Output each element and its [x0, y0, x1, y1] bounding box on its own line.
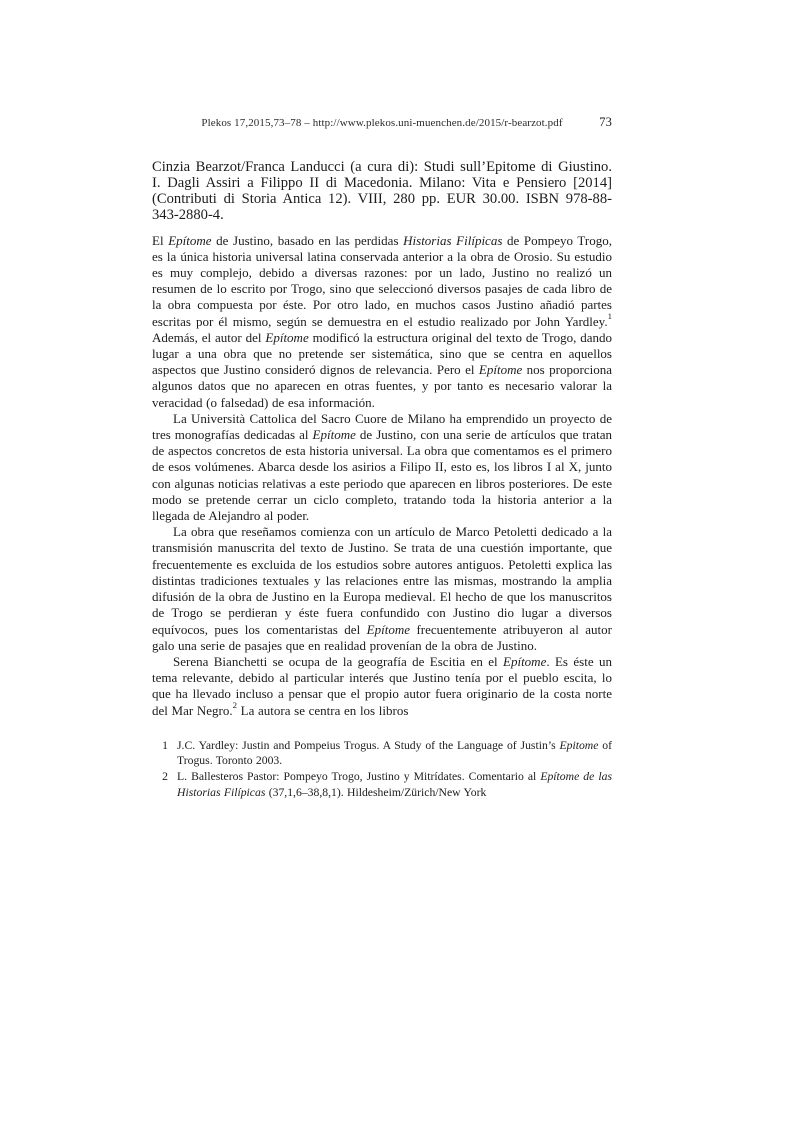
text-segment: J.C. Yardley: Justin and Pompeius Trogus…	[177, 739, 559, 752]
italic-text-segment: Epítome	[503, 654, 546, 669]
italic-text-segment: Epítome	[479, 362, 522, 377]
review-heading: Cinzia Bearzot/Franca Landucci (a cura d…	[152, 160, 612, 224]
running-header: Plekos 17,2015,73–78 – http://www.plekos…	[152, 117, 612, 133]
italic-text-segment: Epitome	[559, 739, 598, 752]
text-segment: L. Ballesteros Pastor: Pompeyo Trogo, Ju…	[177, 770, 540, 783]
review-body: El Epítome de Justino, basado en las per…	[152, 233, 612, 719]
text-segment: La obra que reseñamos comienza con un ar…	[152, 524, 612, 636]
italic-text-segment: Epítome	[367, 622, 410, 637]
text-segment: (37,1,6–38,8,1). Hildesheim/Zürich/New Y…	[265, 786, 486, 799]
italic-text-segment: Epítome	[168, 233, 211, 248]
footnote-reference: 1	[608, 311, 612, 321]
page-number: 73	[599, 115, 612, 130]
footnote-1-text: J.C. Yardley: Justin and Pompeius Trogus…	[177, 738, 612, 769]
paragraph-1: El Epítome de Justino, basado en las per…	[152, 233, 612, 411]
italic-text-segment: Epítome	[265, 330, 308, 345]
text-segment: El	[152, 233, 168, 248]
footnote-1-number: 1	[159, 738, 168, 769]
document-page: Plekos 17,2015,73–78 – http://www.plekos…	[152, 0, 612, 801]
footnotes-section: 1 J.C. Yardley: Justin and Pompeius Trog…	[152, 738, 612, 801]
paragraph-3: La obra que reseñamos comienza con un ar…	[152, 524, 612, 654]
running-title: Plekos 17,2015,73–78 – http://www.plekos…	[201, 117, 562, 129]
footnote-1: 1 J.C. Yardley: Justin and Pompeius Trog…	[159, 738, 612, 769]
paragraph-2: La Università Cattolica del Sacro Cuore …	[152, 411, 612, 524]
italic-text-segment: Historias Filípicas	[403, 233, 502, 248]
footnote-2: 2 L. Ballesteros Pastor: Pompeyo Trogo, …	[159, 769, 612, 800]
text-segment: de Justino, basado en las perdidas	[212, 233, 404, 248]
paragraph-4: Serena Bianchetti se ocupa de la geograf…	[152, 654, 612, 719]
text-segment: Serena Bianchetti se ocupa de la geograf…	[173, 654, 503, 669]
footnote-2-number: 2	[159, 769, 168, 800]
text-segment: Además, el autor del	[152, 330, 265, 345]
italic-text-segment: Epítome	[313, 427, 356, 442]
footnote-2-text: L. Ballesteros Pastor: Pompeyo Trogo, Ju…	[177, 769, 612, 800]
text-segment: La autora se centra en los libros	[237, 703, 408, 718]
footnote-reference: 2	[233, 700, 237, 710]
